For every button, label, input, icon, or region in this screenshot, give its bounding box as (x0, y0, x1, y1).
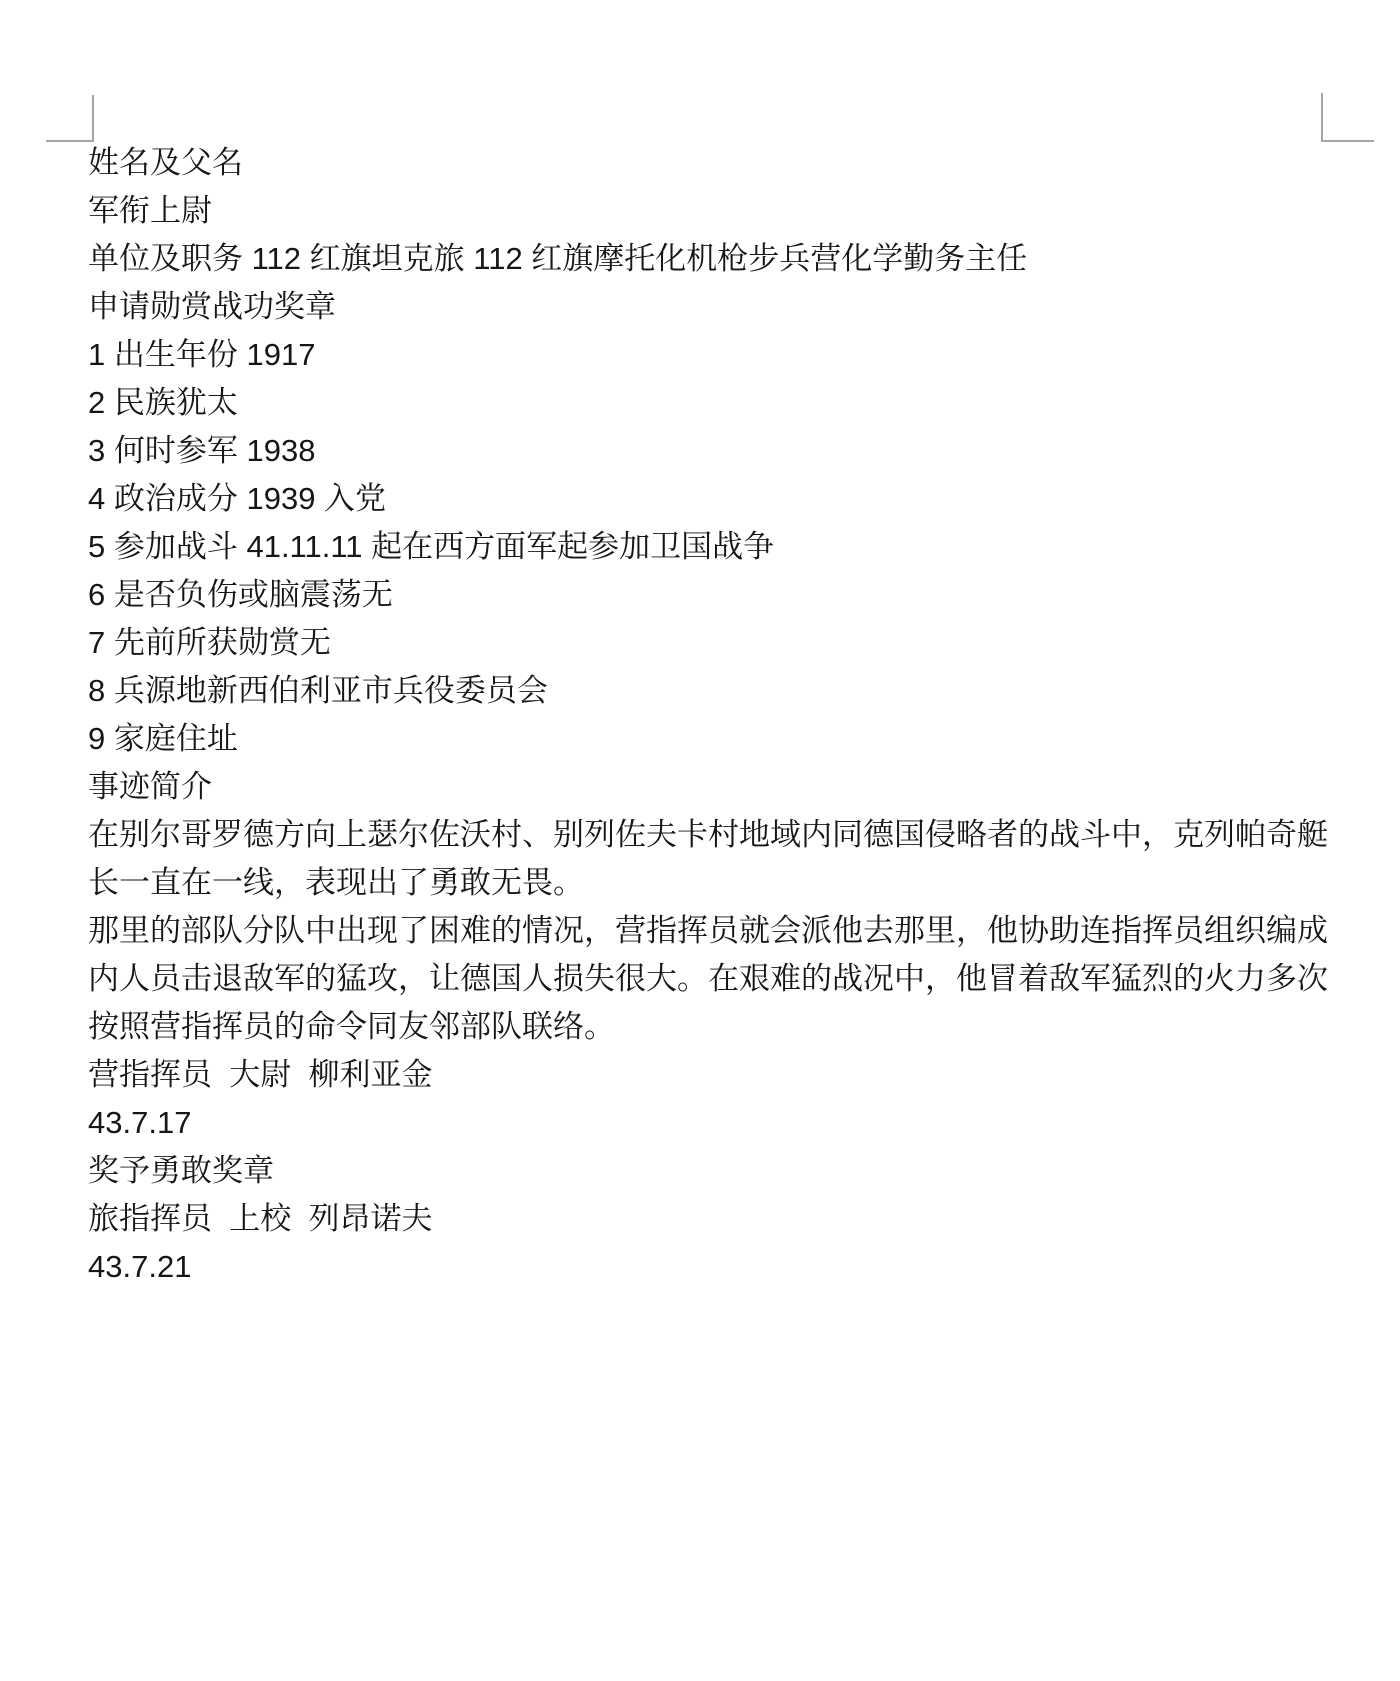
brigade-commander-signature: 旅指挥员 上校 列昂诺夫 (88, 1195, 1329, 1243)
field-6-wounds-or-concussion: 6 是否负伤或脑震荡无 (88, 571, 1329, 619)
field-1-birth-year: 1 出生年份 1917 (88, 331, 1329, 379)
award-decision: 奖予勇敢奖章 (88, 1147, 1329, 1195)
document-page: 姓名及父名军衔上尉单位及职务 112 红旗坦克旅 112 红旗摩托化机枪步兵营化… (0, 0, 1400, 1681)
field-4-political-status: 4 政治成分 1939 入党 (88, 475, 1329, 523)
merit-summary-heading: 事迹简介 (88, 763, 1329, 811)
document-body: 姓名及父名军衔上尉单位及职务 112 红旗坦克旅 112 红旗摩托化机枪步兵营化… (88, 139, 1329, 1291)
field-8-recruitment-office: 8 兵源地新西伯利亚市兵役委员会 (88, 667, 1329, 715)
text-boundary-mark-top-right (1321, 93, 1374, 142)
battalion-commander-signature: 营指挥员 大尉 柳利亚金 (88, 1051, 1329, 1099)
military-rank: 军衔上尉 (88, 187, 1329, 235)
merit-paragraph-2: 那里的部队分队中出现了困难的情况，营指挥员就会派他去那里，他协助连指挥员组织编成… (88, 907, 1329, 1051)
merit-paragraph-1: 在别尔哥罗德方向上瑟尔佐沃村、别列佐夫卡村地域内同德国侵略者的战斗中，克列帕奇艇… (88, 811, 1329, 907)
field-9-home-address: 9 家庭住址 (88, 715, 1329, 763)
field-5-combat-participation: 5 参加战斗 41.11.11 起在西方面军起参加卫国战争 (88, 523, 1329, 571)
unit-and-position: 单位及职务 112 红旗坦克旅 112 红旗摩托化机枪步兵营化学勤务主任 (88, 235, 1329, 283)
name-and-patronymic: 姓名及父名 (88, 139, 1329, 187)
battalion-signature-date: 43.7.17 (88, 1099, 1329, 1147)
field-7-previous-awards: 7 先前所获勋赏无 (88, 619, 1329, 667)
field-3-enlistment-year: 3 何时参军 1938 (88, 427, 1329, 475)
text-boundary-mark-top-left (46, 95, 94, 142)
field-2-nationality: 2 民族犹太 (88, 379, 1329, 427)
requested-award: 申请勋赏战功奖章 (88, 283, 1329, 331)
brigade-signature-date: 43.7.21 (88, 1243, 1329, 1291)
